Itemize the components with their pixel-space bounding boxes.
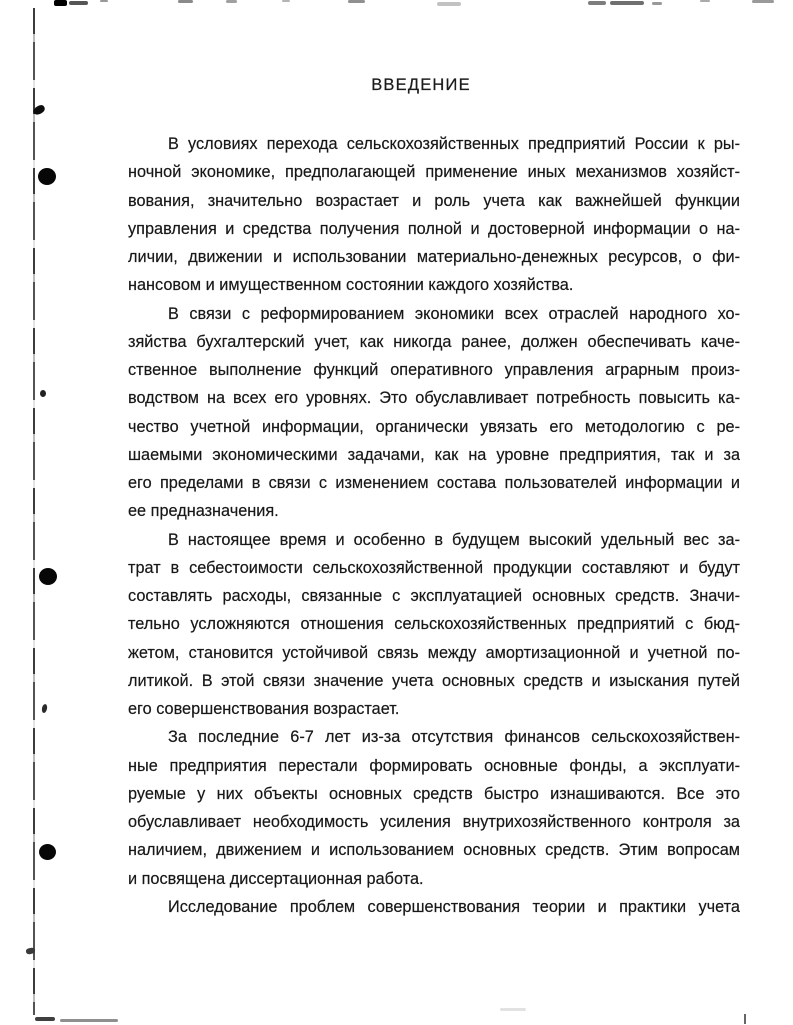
text-line: В связи с реформированием экономики всех… (128, 300, 740, 328)
text-line: ственное выполнение функций оперативного… (128, 356, 740, 384)
scan-artifact-top-edge (178, 0, 193, 3)
ink-speck (40, 390, 46, 397)
scan-artifact-top-edge (226, 0, 237, 3)
text-line: руемые у них объекты основных средств бы… (128, 780, 740, 808)
document-title: ВВЕДЕНИЕ (128, 76, 714, 95)
text-line: составлять расходы, связанные с эксплуат… (128, 582, 740, 610)
text-line: и посвящена диссертационная работа. (128, 865, 740, 893)
binding-dot (39, 568, 57, 585)
text-line: обуславливает необходимость усиления вну… (128, 808, 740, 836)
scan-artifact-bottom-edge (60, 1019, 118, 1022)
text-line: трат в себестоимости сельскохозяйственно… (128, 554, 740, 582)
scan-artifact-top-edge (69, 1, 88, 5)
paragraph: За последние 6-7 лет из-за отсутствия фи… (128, 723, 740, 893)
scan-artifact-bottom-edge (744, 1014, 746, 1024)
text-line: чество учетной информации, органически у… (128, 413, 740, 441)
text-line: вования, значительно возрастает и роль у… (128, 187, 740, 215)
text-line: шаемыми экономическими задачами, как на … (128, 441, 740, 469)
text-line: ные предприятия перестали формировать ос… (128, 752, 740, 780)
scan-artifact-top-edge (437, 2, 461, 6)
text-line: Исследование проблем совершенствования т… (128, 893, 740, 921)
paragraph: В условиях перехода сельскохозяйственных… (128, 130, 740, 300)
text-line: личии, движении и использовании материал… (128, 243, 740, 271)
scan-artifact-bottom-edge (35, 1017, 55, 1021)
document-body: В условиях перехода сельскохозяйственных… (128, 130, 740, 921)
text-line: тельно усложняются отношения сельскохозя… (128, 610, 740, 638)
paragraph: В связи с реформированием экономики всех… (128, 300, 740, 526)
text-line: водством на всех его уровнях. Это обусла… (128, 384, 740, 412)
text-line: ночной экономике, предполагающей примене… (128, 158, 740, 186)
text-line: его пределами в связи с изменением соста… (128, 469, 740, 497)
text-line: жетом, становится устойчивой связь между… (128, 639, 740, 667)
paragraph: В настоящее время и особенно в будущем в… (128, 526, 740, 724)
ink-speck (41, 704, 48, 714)
text-line: зяйства бухгалтерский учет, как никогда … (128, 328, 740, 356)
text-line: литикой. В этой связи значение учета осн… (128, 667, 740, 695)
binding-dot (38, 168, 56, 185)
text-line: управления и средства получения полной и… (128, 215, 740, 243)
scan-artifact-top-edge (752, 0, 774, 3)
scan-artifact-top-edge (282, 0, 290, 2)
scan-artifact-top-edge (610, 1, 644, 5)
scan-artifact-top-edge (588, 1, 606, 5)
binding-dot (39, 844, 56, 860)
scan-artifact-top-edge (348, 0, 365, 3)
paragraph: Исследование проблем совершенствования т… (128, 893, 740, 921)
text-line: наличием, движением и использованием осн… (128, 836, 740, 864)
text-line: нансовом и имущественном состоянии каждо… (128, 271, 740, 299)
scan-artifact-top-edge (700, 0, 710, 2)
scan-artifact-top-edge (100, 0, 108, 2)
page-edge-line (33, 8, 35, 1015)
scan-artifact-top-edge (54, 0, 67, 6)
text-line: За последние 6-7 лет из-за отсутствия фи… (128, 723, 740, 751)
text-line: ее предназначения. (128, 497, 740, 525)
text-line: В настоящее время и особенно в будущем в… (128, 526, 740, 554)
scanned-document-page: ВВЕДЕНИЕ В условиях перехода сельскохозя… (0, 0, 793, 1025)
text-line: В условиях перехода сельскохозяйственных… (128, 130, 740, 158)
scan-artifact-top-edge (652, 2, 662, 5)
text-line: его совершенствования возрастает. (128, 695, 740, 723)
scan-artifact-bottom-edge (500, 1008, 526, 1011)
